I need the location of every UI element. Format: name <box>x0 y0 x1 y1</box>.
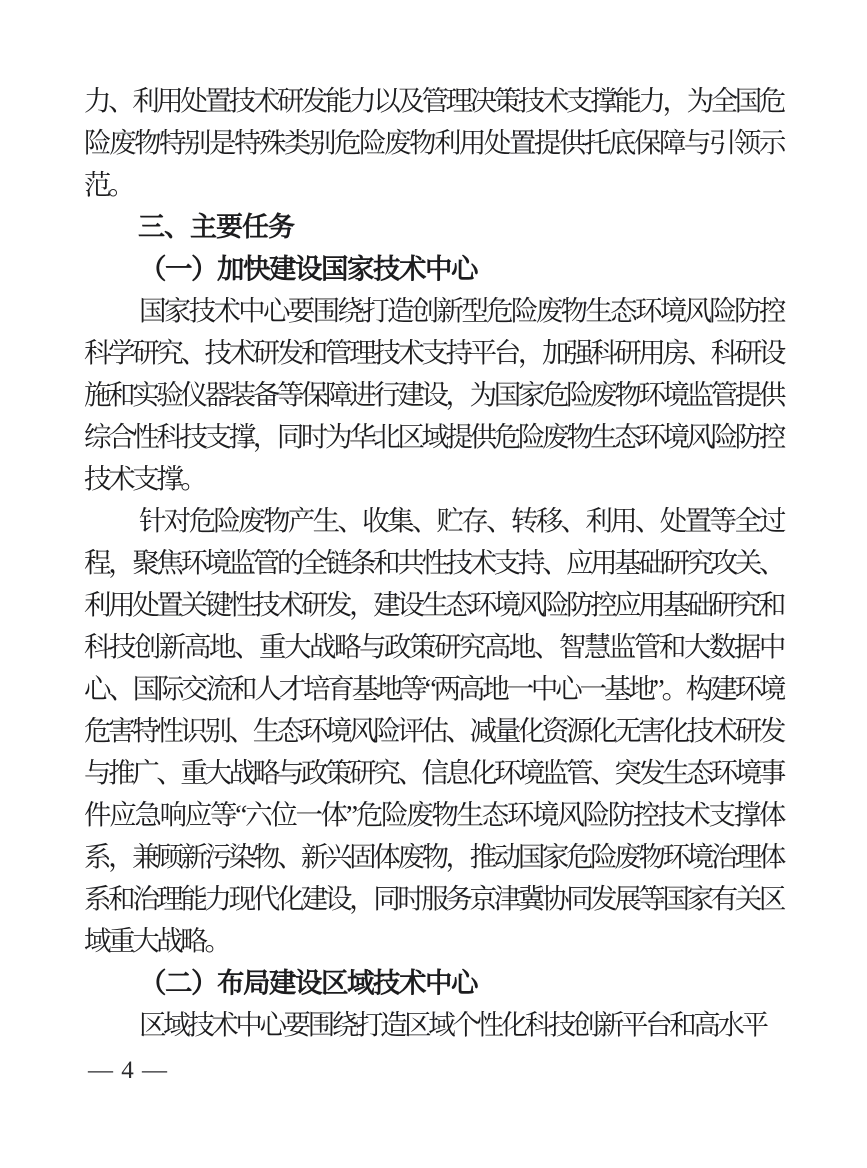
paragraph: 针对危险废物产生、收集、贮存、转移、利用、处置等全过程，聚焦环境监管的全链条和共… <box>84 500 783 962</box>
paragraph-cutoff: 区域技术中心要围绕打造区域个性化科技创新平台和高水平 <box>84 1004 783 1046</box>
document-page: 力、利用处置技术研发能力以及管理决策技术支撑能力，为全国危险废物特别是特殊类别危… <box>0 0 867 1168</box>
paragraph: 国家技术中心要围绕打造创新型危险废物生态环境风险防控科学研究、技术研发和管理技术… <box>84 290 783 500</box>
paragraph-continued: 力、利用处置技术研发能力以及管理决策技术支撑能力，为全国危险废物特别是特殊类别危… <box>84 80 783 206</box>
page-number: — 4 — <box>88 1056 168 1086</box>
subsection-heading-national-center: （一）加快建设国家技术中心 <box>84 248 783 290</box>
section-heading-main-tasks: 三、主要任务 <box>84 206 783 248</box>
document-body: 力、利用处置技术研发能力以及管理决策技术支撑能力，为全国危险废物特别是特殊类别危… <box>84 80 783 1046</box>
subsection-heading-regional-center: （二）布局建设区域技术中心 <box>84 962 783 1004</box>
